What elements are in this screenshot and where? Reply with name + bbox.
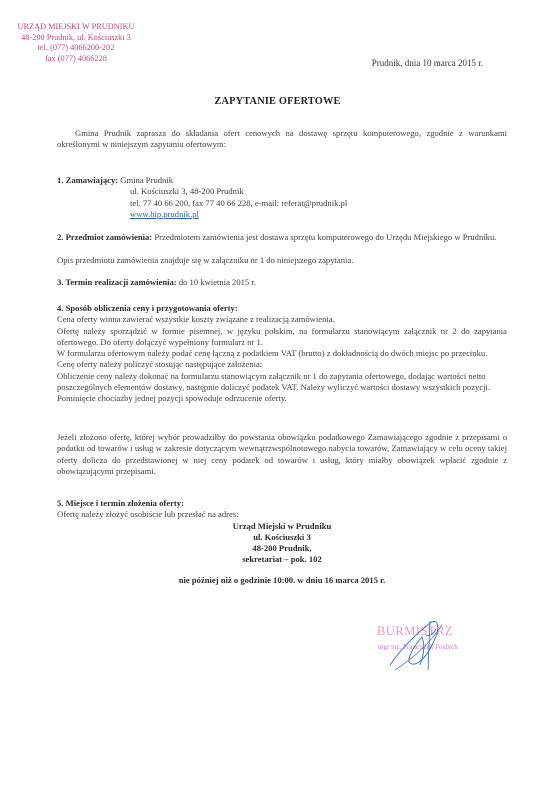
section-3: 3. Termin realizacji zamówienia: do 10 k… [57, 277, 507, 288]
vat-note: Jeżeli złożono ofertę, której wybór prow… [57, 432, 507, 477]
section-4-line-4: Cenę oferty należy policzyć stosując nas… [57, 359, 507, 370]
section-3-text: do 10 kwietnia 2015 r. [179, 277, 256, 287]
section-2-description: Opis przedmiotu zamówienia znajduje się … [57, 255, 507, 266]
delivery-address-line-4: sekretariat – pok. 102 [57, 554, 507, 565]
section-2-text: Przedmiotem zamówienia jest dostawa sprz… [154, 232, 496, 242]
section-4-line-1: Cena oferty winna zawierać wszystkie kos… [57, 314, 507, 325]
section-4-line-3: W formularzu ofertowym należy podać cenę… [57, 348, 507, 359]
section-4-heading: 4. Sposób obliczenia ceny i przygotowani… [57, 303, 507, 314]
stamp-line-address: 48-200 Prudnik, ul. Kościuszki 3 [16, 33, 136, 44]
document-title: ZAPYTANIE OFERTOWE [0, 96, 555, 107]
stamp-line-office: URZĄD MIEJSKI W PRUDNIKU [16, 22, 136, 33]
delivery-address-line-1: Urząd Miejski w Prudniku [57, 521, 507, 532]
section-4: 4. Sposób obliczenia ceny i przygotowani… [57, 303, 507, 405]
section-1-heading: 1. Zamawiający: [57, 175, 118, 185]
orderer-address: ul. Kościuszki 3, 48-200 Prudnik [130, 186, 507, 197]
section-2-heading: 2. Przedmiot zamówienia: [57, 232, 152, 242]
delivery-address-line-2: ul. Kościuszki 3 [57, 532, 507, 543]
handwritten-signature [370, 615, 500, 675]
stamp-line-phone: tel. (077) 4066200-202 [16, 43, 136, 54]
orderer-name: Gmina Prudnik [120, 175, 173, 185]
website-link[interactable]: www.bip.prudnik.pl [130, 209, 199, 219]
intro-paragraph: Gmina Prudnik zaprasza do składania ofer… [57, 128, 507, 151]
signature-ink-icon [370, 615, 500, 675]
section-5-text: Ofertę należy złożyć osobiście lub przes… [57, 509, 507, 520]
submission-deadline: nie później niż o godzinie 10:00. w dniu… [57, 575, 507, 586]
stamp-line-fax: fax (077) 4066228 [16, 54, 136, 65]
office-stamp: URZĄD MIEJSKI W PRUDNIKU 48-200 Prudnik,… [16, 22, 136, 64]
orderer-contact: tel. 77 40 66 200, fax 77 40 66 228, e-m… [130, 198, 507, 209]
section-5-heading: 5. Miejsce i termin złożenia oferty: [57, 498, 507, 509]
section-5: 5. Miejsce i termin złożenia oferty: Ofe… [57, 498, 507, 586]
section-4-line-5: Obliczenie ceny należy dokonać na formul… [57, 371, 507, 405]
delivery-address-line-3: 48-200 Prudnik, [57, 543, 507, 554]
section-4-line-2: Ofertę należy sporządzić w formie pisemn… [57, 326, 507, 349]
section-1: 1. Zamawiający: Gmina Prudnik ul. Kościu… [57, 175, 507, 220]
document-date: Prudnik, dnia 10 marca 2015 r. [372, 58, 483, 68]
section-2: 2. Przedmiot zamówienia: Przedmiotem zam… [57, 232, 507, 243]
section-3-heading: 3. Termin realizacji zamówienia: [57, 277, 177, 287]
